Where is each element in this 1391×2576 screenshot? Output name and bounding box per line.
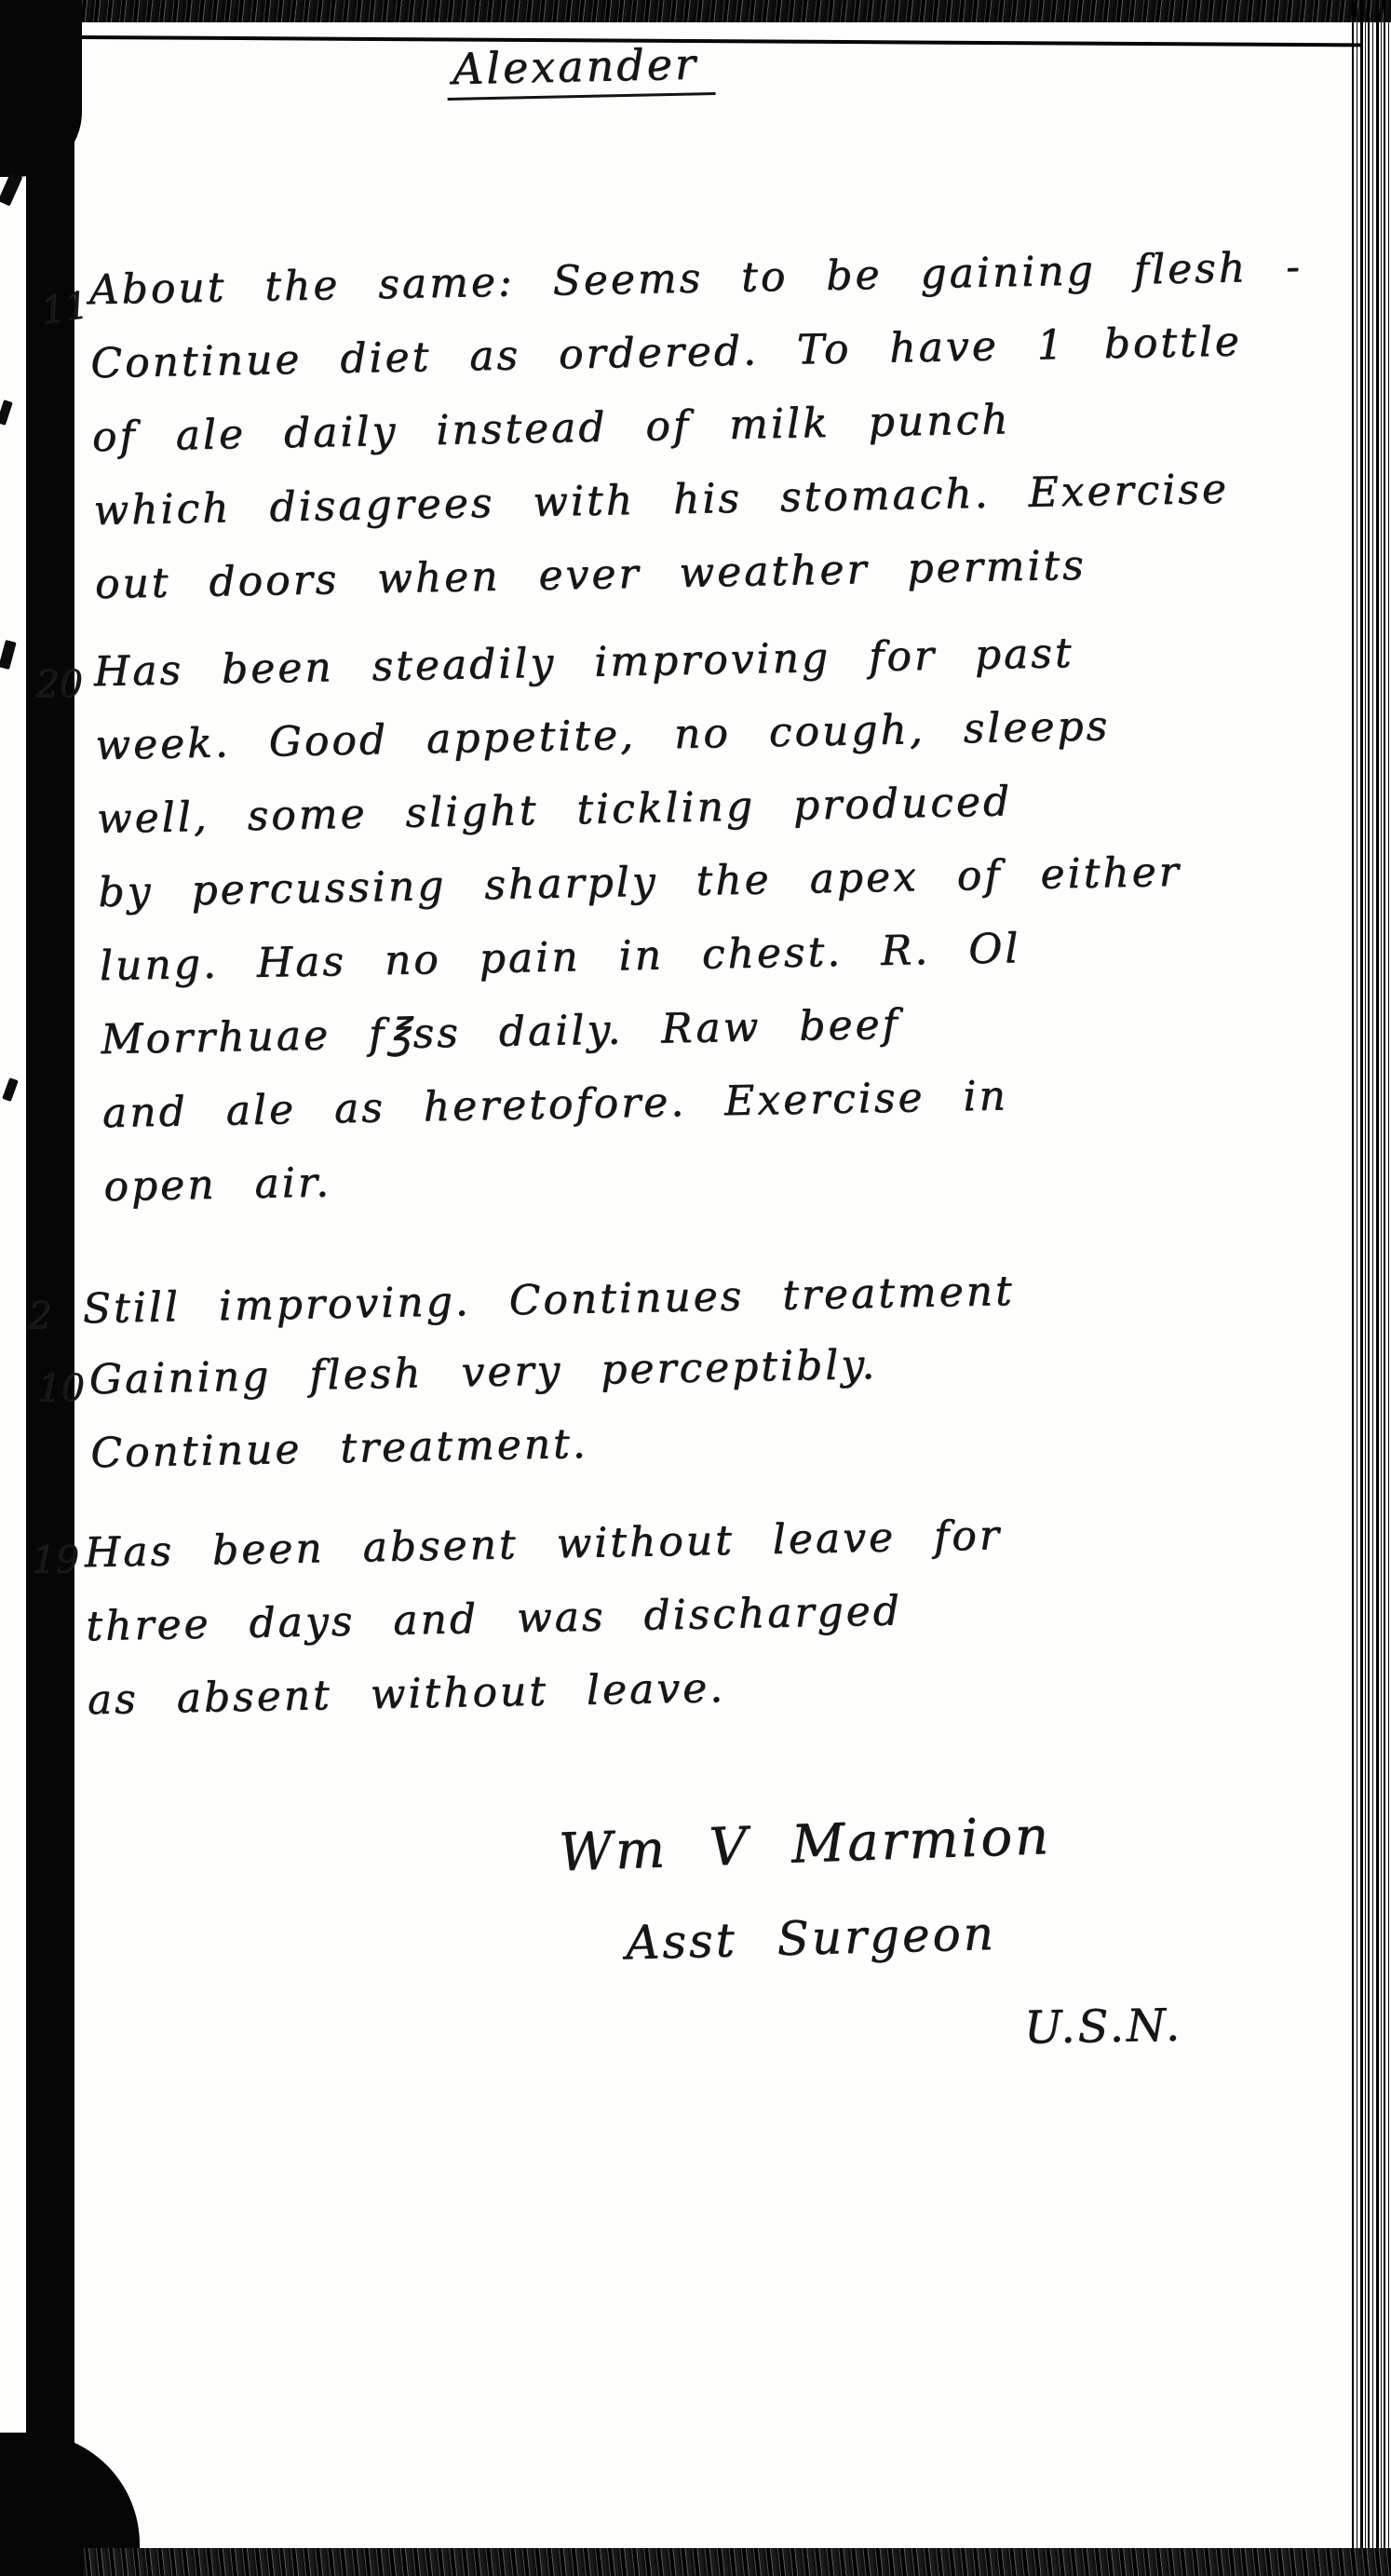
margin-date-number: 11 xyxy=(38,284,91,333)
navy-abbreviation: U.S.N. xyxy=(1024,2000,1183,2054)
page-top-edge-line xyxy=(76,35,1361,47)
case-note-entry: About the same: Seems to be gaining fles… xyxy=(88,230,1309,621)
margin-date-number: 19 xyxy=(32,1539,79,1581)
book-page-edges xyxy=(1350,0,1391,2576)
margin-ink-fragment xyxy=(0,400,13,426)
case-note-entry: Gaining flesh very perceptibly. Continue… xyxy=(88,1328,879,1490)
margin-ink-fragment xyxy=(0,640,17,670)
margin-date-number: 2 xyxy=(28,1295,51,1337)
margin-ink-fragment xyxy=(0,172,22,207)
margin-date-number: 10 xyxy=(37,1367,85,1410)
top-scan-band xyxy=(65,0,1391,22)
surgeon-signature: Wm V Marmion xyxy=(558,1806,1052,1883)
patient-name-header: Alexander xyxy=(446,38,715,101)
scanned-document-page: Alexander 11 About the same: Seems to be… xyxy=(0,0,1391,2576)
handwritten-line: Continue treatment. xyxy=(90,1402,880,1490)
handwritten-line: Gaining flesh very perceptibly. xyxy=(88,1328,878,1417)
margin-ink-fragment xyxy=(2,1078,19,1102)
bottom-scan-band xyxy=(84,2548,1391,2576)
margin-date-number: 20 xyxy=(35,663,83,706)
surgeon-rank: Asst Surgeon xyxy=(625,1906,996,1970)
book-gutter-shadow xyxy=(26,0,74,2576)
case-note-entry: Has been steadily improving for past wee… xyxy=(93,615,1187,1224)
case-note-entry: Has been absent without leave for three … xyxy=(84,1498,1005,1737)
